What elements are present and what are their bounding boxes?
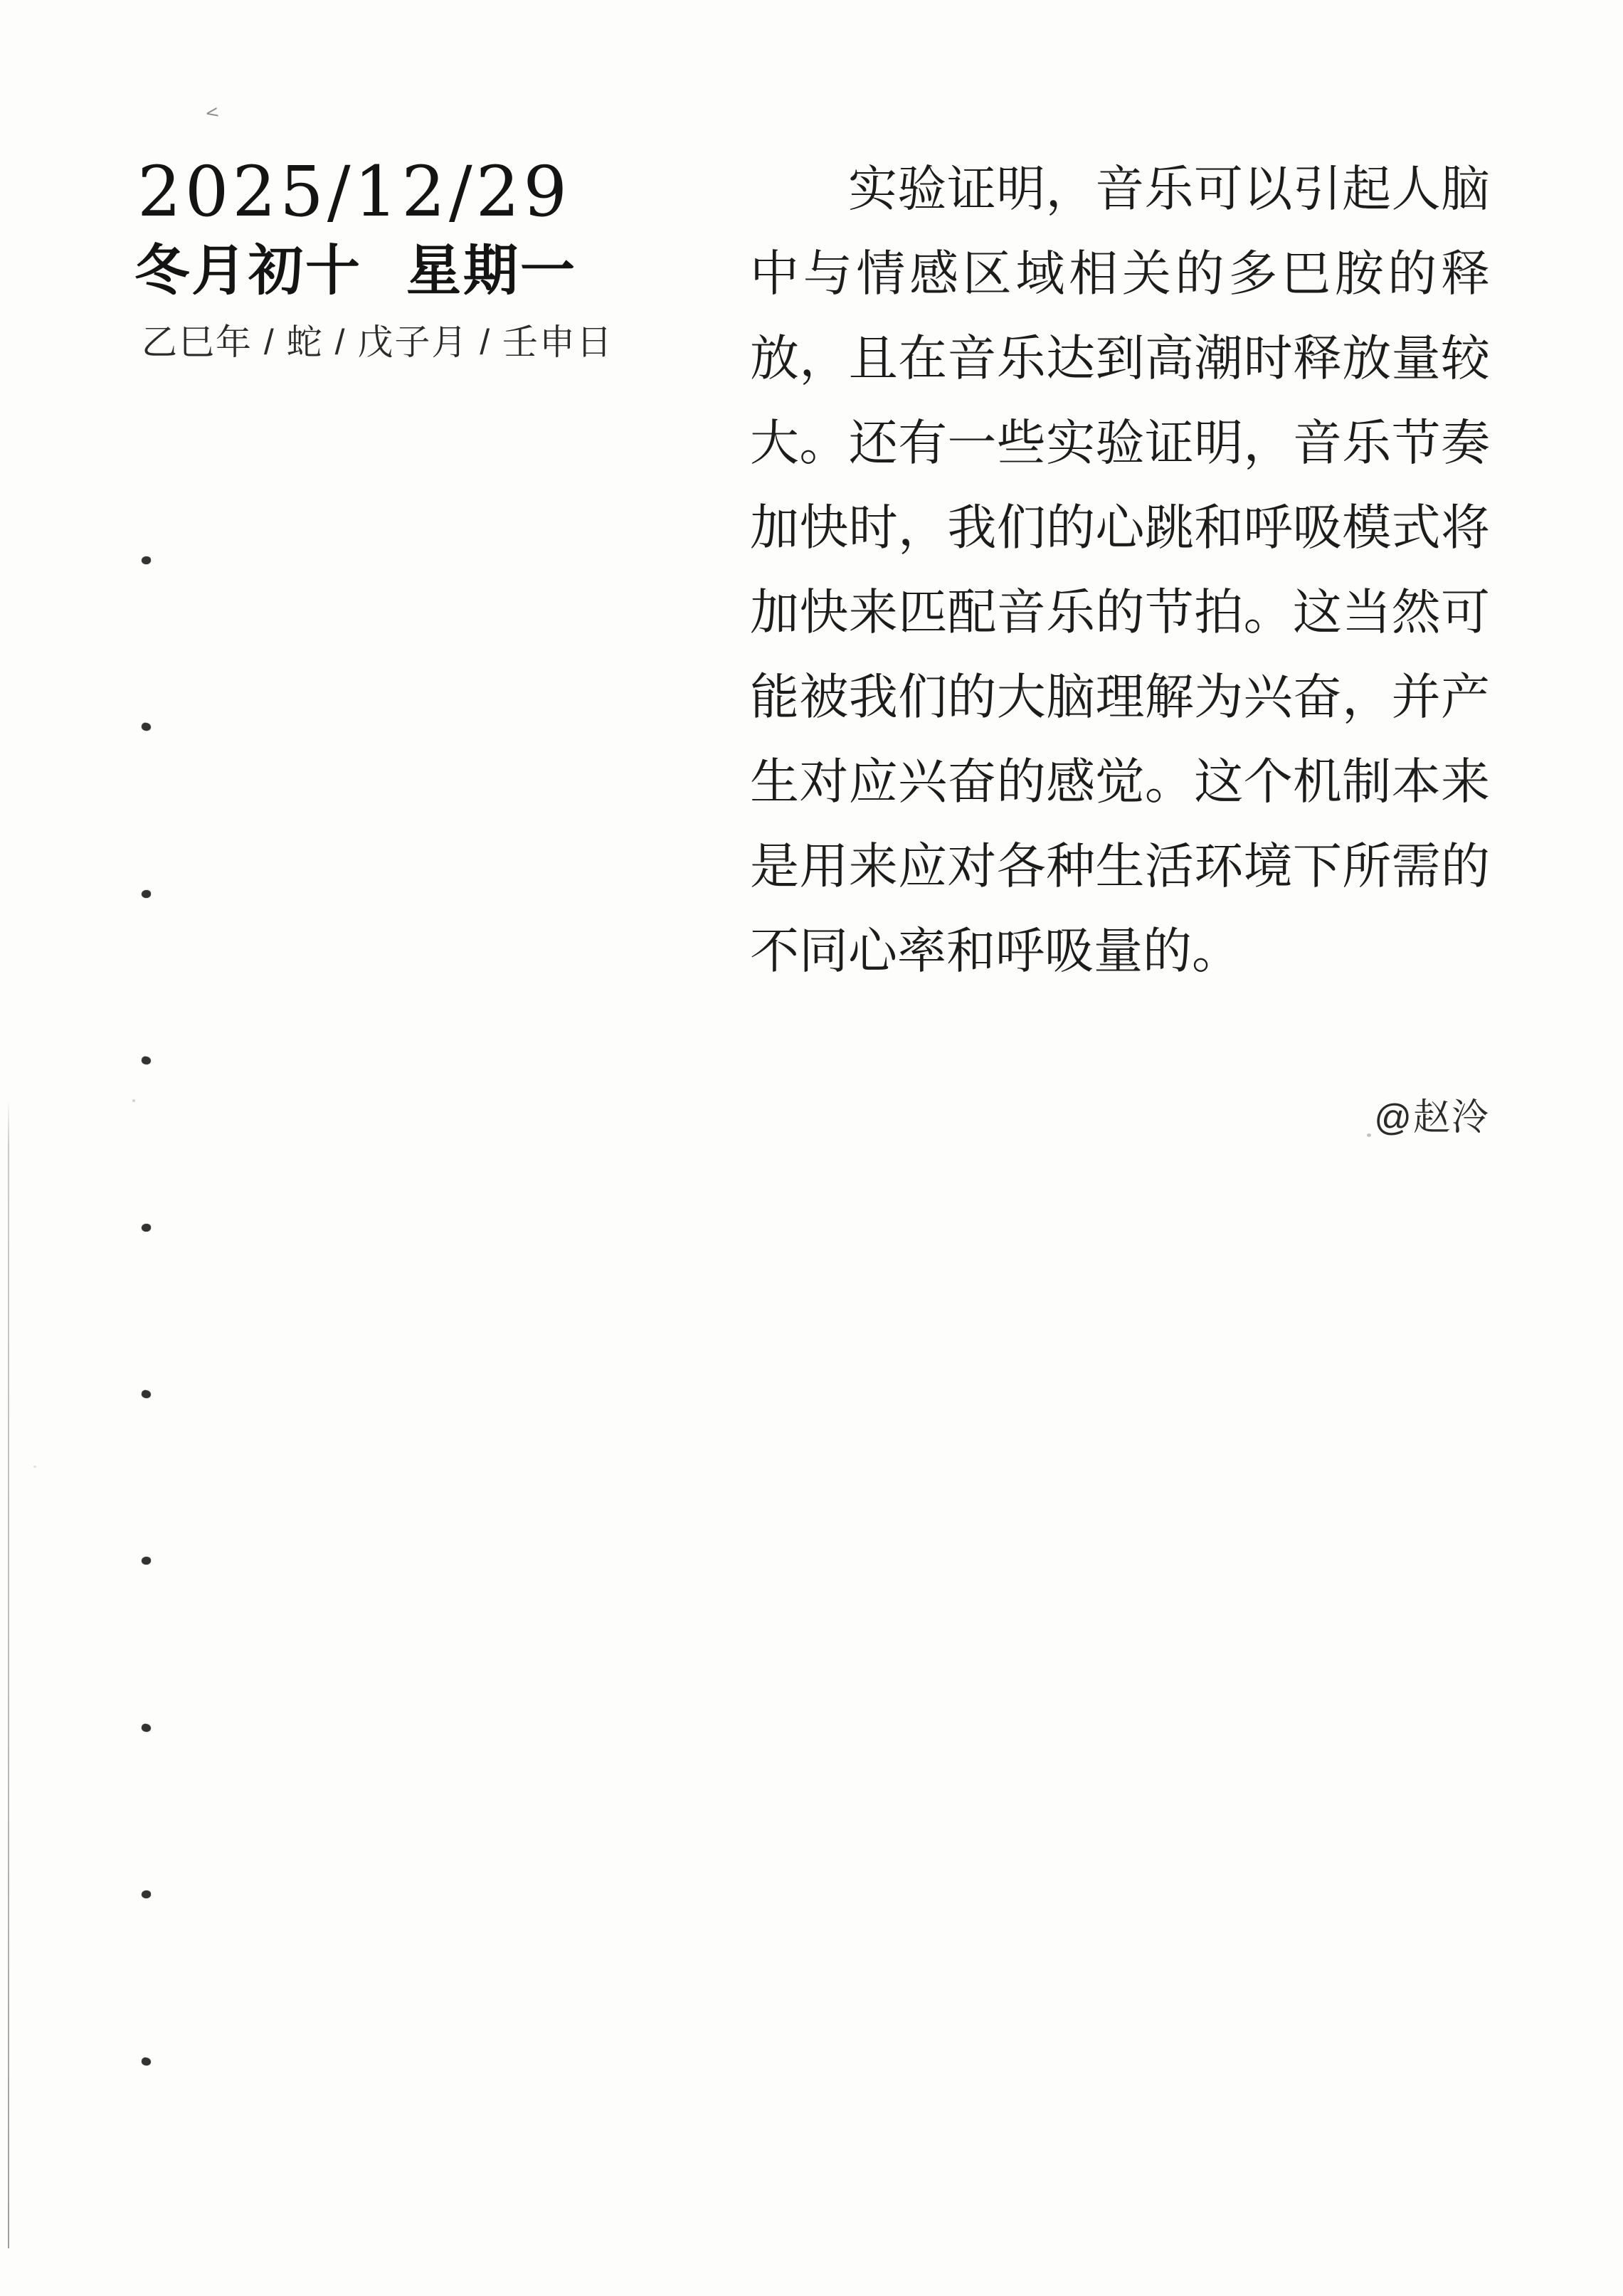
lunar-date: 冬月初十 <box>134 240 362 302</box>
article-paragraph: 实验证明，音乐可以引起人脑中与情感区域相关的多巴胺的释放，且在音乐达到高潮时释放… <box>750 147 1490 993</box>
ink-dot <box>141 1390 152 1399</box>
attribution: @赵泠 <box>750 1096 1490 1140</box>
ink-dot <box>141 1723 152 1732</box>
gregorian-date: 2025/12/29 <box>137 157 571 226</box>
ink-dot <box>141 1056 152 1065</box>
ink-dot <box>142 556 151 564</box>
ink-dot <box>142 1890 151 1898</box>
ink-dot <box>142 890 151 898</box>
ink-dot <box>141 722 152 731</box>
scan-speck <box>1367 1133 1371 1137</box>
scan-edge-line <box>8 1099 9 2248</box>
ink-dot <box>141 2057 152 2066</box>
scan-speck <box>33 1466 36 1468</box>
ganzhi-line: 乙巳年 / 蛇 / 戊子月 / 壬申日 <box>142 321 613 364</box>
calendar-page: 2025/12/29 冬月初十星期一 乙巳年 / 蛇 / 戊子月 / 壬申日 实… <box>0 0 1623 2296</box>
ink-dot <box>142 1557 151 1565</box>
ink-dot <box>142 1224 151 1232</box>
lunar-date-line: 冬月初十星期一 <box>134 241 577 302</box>
weekday: 星期一 <box>406 240 577 302</box>
scan-mark: < <box>203 101 221 123</box>
scan-speck <box>132 1099 135 1102</box>
